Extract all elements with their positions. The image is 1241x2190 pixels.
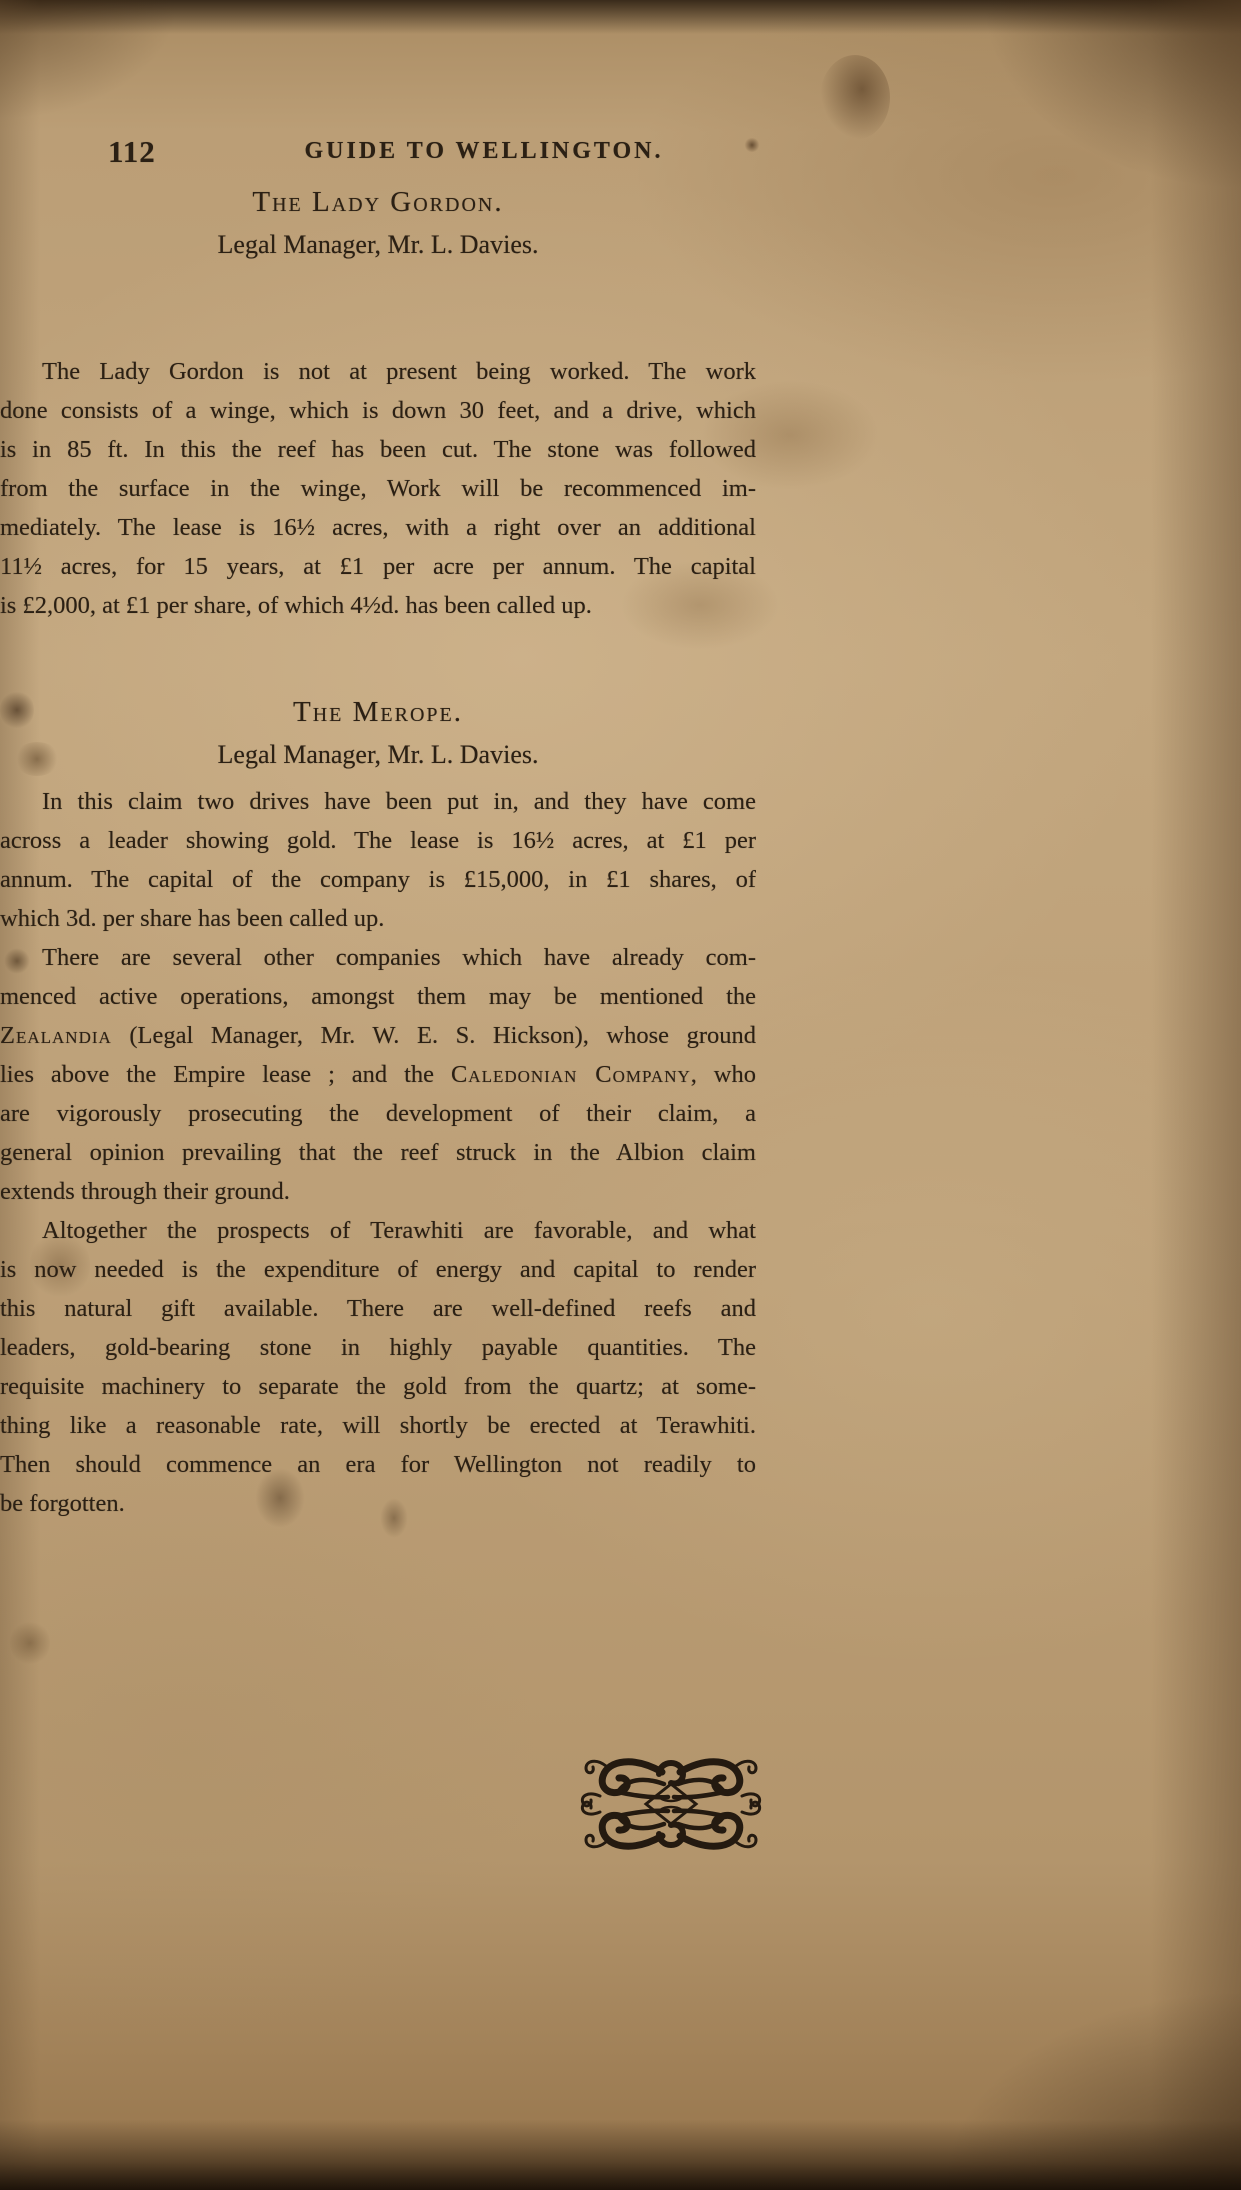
paragraph: In this claim two drives have been put i… bbox=[0, 782, 756, 938]
section-body-merope: In this claim two drives have been put i… bbox=[0, 782, 756, 1523]
paragraph: There are several other companies which … bbox=[0, 938, 756, 1211]
text-line: requisite machinery to separate the gold… bbox=[0, 1367, 756, 1406]
text-line: 11½ acres, for 15 years, at £1 per acre … bbox=[0, 547, 756, 586]
text-line: Then should commence an era for Wellingt… bbox=[0, 1445, 756, 1484]
section-subheading-lady-gordon: Legal Manager, Mr. L. Davies. bbox=[0, 230, 756, 260]
text-line: done consists of a winge, which is down … bbox=[0, 391, 756, 430]
scanned-book-page: 112 GUIDE TO WELLINGTON. The Lady Gordon… bbox=[0, 0, 1241, 2190]
small-caps-text: Caledonian Company bbox=[451, 1061, 691, 1088]
text-line: annum. The capital of the company is £15… bbox=[0, 860, 756, 899]
text-line: There are several other companies which … bbox=[0, 938, 756, 977]
text-line: leaders, gold-bearing stone in highly pa… bbox=[0, 1328, 756, 1367]
page-header: 112 GUIDE TO WELLINGTON. bbox=[106, 134, 862, 174]
text-line: from the surface in the winge, Work will… bbox=[0, 469, 756, 508]
paper-stain bbox=[820, 55, 890, 140]
paragraph: The Lady Gordon is not at present being … bbox=[0, 352, 756, 625]
text-line: across a leader showing gold. The lease … bbox=[0, 821, 756, 860]
text-line: is now needed is the expenditure of ener… bbox=[0, 1250, 756, 1289]
text-line: Altogether the prospects of Terawhiti ar… bbox=[0, 1211, 756, 1250]
section-subheading-merope: Legal Manager, Mr. L. Davies. bbox=[0, 740, 756, 770]
text-line: menced active operations, amongst them m… bbox=[0, 977, 756, 1016]
text-line: is £2,000, at £1 per share, of which 4½d… bbox=[0, 586, 756, 625]
text-line: In this claim two drives have been put i… bbox=[0, 782, 756, 821]
paragraph: Altogether the prospects of Terawhiti ar… bbox=[0, 1211, 756, 1523]
text-line: are vigorously prosecuting the developme… bbox=[0, 1094, 756, 1133]
section-heading-lady-gordon: The Lady Gordon. bbox=[0, 186, 756, 219]
text-line: thing like a reasonable rate, will short… bbox=[0, 1406, 756, 1445]
scrollwork-tailpiece-ornament bbox=[576, 1752, 766, 1856]
photo-edge-shadow-bottom bbox=[0, 2120, 1241, 2190]
text-line: The Lady Gordon is not at present being … bbox=[0, 352, 756, 391]
section-heading-merope: The Merope. bbox=[0, 696, 756, 729]
text-line: Zealandia (Legal Manager, Mr. W. E. S. H… bbox=[0, 1016, 756, 1055]
text-line: is in 85 ft. In this the reef has been c… bbox=[0, 430, 756, 469]
section-body-lady-gordon: The Lady Gordon is not at present being … bbox=[0, 352, 756, 625]
text-line: mediately. The lease is 16½ acres, with … bbox=[0, 508, 756, 547]
text-line: general opinion prevailing that the reef… bbox=[0, 1133, 756, 1172]
text-line: which 3d. per share has been called up. bbox=[0, 899, 756, 938]
small-caps-text: Zealandia bbox=[0, 1022, 112, 1049]
text-line: this natural gift available. There are w… bbox=[0, 1289, 756, 1328]
text-line: extends through their ground. bbox=[0, 1172, 756, 1211]
paper-stain bbox=[10, 1620, 50, 1666]
text-line: lies above the Empire lease ; and the Ca… bbox=[0, 1055, 756, 1094]
photo-edge-shadow-right bbox=[1151, 0, 1241, 2190]
running-header: GUIDE TO WELLINGTON. bbox=[106, 138, 862, 165]
text-line: be forgotten. bbox=[0, 1484, 756, 1523]
